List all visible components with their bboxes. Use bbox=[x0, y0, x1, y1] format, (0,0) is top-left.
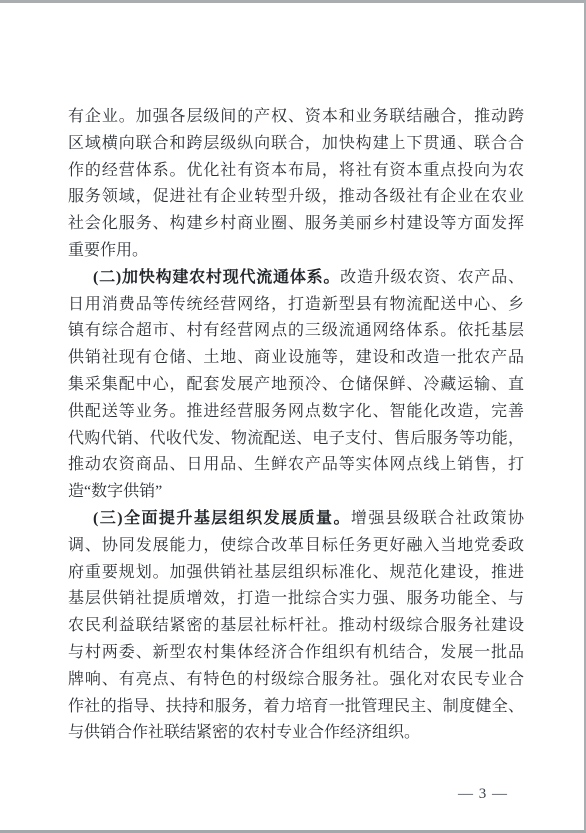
text-run: 改造升级农资、农产品、 bbox=[340, 269, 524, 286]
scanned-document-page: 有企业。加强各层级间的产权、资本和业务联结融合，推动跨 区域横向联合和跨层级纵向… bbox=[0, 0, 586, 833]
section-2-heading: (二)加快构建农村现代流通体系。 bbox=[93, 269, 340, 286]
section-3-heading: (三)全面提升基层组织发展质量。 bbox=[93, 510, 351, 527]
text-line: 府重要规划。加强供销社基层组织标准化、规范化建设，推进 bbox=[68, 560, 524, 587]
text-line: 日用消费品等传统经营网络，打造新型县有物流配送中心、乡 bbox=[68, 292, 524, 319]
text-line: (三)全面提升基层组织发展质量。增强县级联合社政策协 bbox=[68, 506, 524, 533]
text-line: 集采集配中心，配套发展产地预冷、仓储保鲜、冷藏运输、直 bbox=[68, 372, 524, 399]
text-line: 与村两委、新型农村集体经济合作组织有机结合，发展一批品 bbox=[68, 640, 524, 667]
text-line: 服务领域，促进社有企业转型升级，推动各级社有企业在农业 bbox=[68, 184, 524, 211]
text-line: 代购代销、代收代发、物流配送、电子支付、售后服务等功能， bbox=[68, 426, 524, 453]
text-line: 基层供销社提质增效，打造一批综合实力强、服务功能全、与 bbox=[68, 586, 524, 613]
text-line: 镇有综合超市、村有经营网点的三级流通网络体系。依托基层 bbox=[68, 318, 524, 345]
text-line: 造“数字供销” bbox=[68, 479, 524, 506]
text-line: 与供销合作社联结紧密的农村专业合作经济组织。 bbox=[68, 720, 524, 747]
paragraph-section-3: (三)全面提升基层组织发展质量。增强县级联合社政策协 调、协同发展能力，使综合改… bbox=[68, 506, 524, 747]
document-body: 有企业。加强各层级间的产权、资本和业务联结融合，推动跨 区域横向联合和跨层级纵向… bbox=[0, 3, 584, 747]
text-line: 供销社现有仓储、土地、商业设施等，建设和改造一批农产品 bbox=[68, 345, 524, 372]
text-line: 社会化服务、构建乡村商业圈、服务美丽乡村建设等方面发挥 bbox=[68, 211, 524, 238]
text-line: 区域横向联合和跨层级纵向联合，加快构建上下贯通、联合合 bbox=[68, 131, 524, 158]
page-number: — 3 — bbox=[458, 786, 508, 803]
text-line: 牌响、有亮点、有特色的村级综合服务社。强化对农民专业合 bbox=[68, 667, 524, 694]
text-line: 作社的指导、扶持和服务，着力培育一批管理民主、制度健全、 bbox=[68, 694, 524, 721]
text-line: 重要作用。 bbox=[68, 238, 524, 265]
text-line: 推动农资商品、日用品、生鲜农产品等实体网点线上销售，打 bbox=[68, 452, 524, 479]
paragraph-continuation: 有企业。加强各层级间的产权、资本和业务联结融合，推动跨 区域横向联合和跨层级纵向… bbox=[68, 104, 524, 265]
text-run: 增强县级联合社政策协 bbox=[351, 510, 524, 527]
text-line: 农民利益联结紧密的基层社标杆社。推动村级综合服务社建设 bbox=[68, 613, 524, 640]
text-line: (二)加快构建农村现代流通体系。改造升级农资、农产品、 bbox=[68, 265, 524, 292]
paragraph-section-2: (二)加快构建农村现代流通体系。改造升级农资、农产品、 日用消费品等传统经营网络… bbox=[68, 265, 524, 506]
text-line: 供配送等业务。推进经营服务网点数字化、智能化改造，完善 bbox=[68, 399, 524, 426]
text-line: 有企业。加强各层级间的产权、资本和业务联结融合，推动跨 bbox=[68, 104, 524, 131]
text-line: 作的经营体系。优化社有资本布局，将社有资本重点投向为农 bbox=[68, 158, 524, 185]
text-line: 调、协同发展能力，使综合改革目标任务更好融入当地党委政 bbox=[68, 533, 524, 560]
